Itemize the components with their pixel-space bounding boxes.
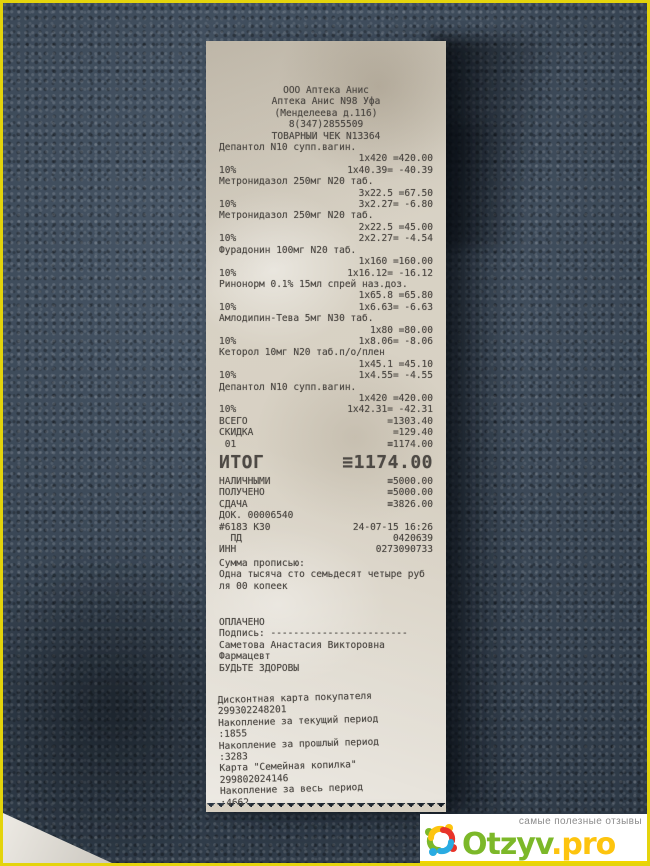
pharmacy-receipt: ООО Аптека АнисАптека Анис N98 Уфа(Менде…	[206, 41, 446, 803]
receipt-line: ОПЛАЧЕНО	[219, 617, 433, 628]
discount-percent: 10%	[219, 302, 236, 313]
row-value: 24-07-15 16:26	[353, 522, 433, 533]
receipt-header-line: (Менделеева д.116)	[219, 108, 433, 119]
item-qty-price: 1x160 =160.00	[219, 256, 433, 267]
discount-amount: 1x16.12= -16.12	[347, 268, 433, 279]
receipt-line: БУДЬТЕ ЗДОРОВЫ	[219, 663, 433, 674]
item-discount-row: 10%1x42.31= -42.31	[219, 404, 433, 415]
receipt-row: ВСЕГО=1303.40	[219, 416, 433, 427]
item-qty-price: 1x420 =420.00	[219, 153, 433, 164]
item-discount-row: 10%1x40.39= -40.39	[219, 165, 433, 176]
receipt-header-line: ООО Аптека Анис	[219, 85, 433, 96]
receipt-cast-shadow	[437, 123, 512, 813]
row-label: НАЛИЧНЫМИ	[219, 476, 270, 487]
item-qty-price: 1x65.8 =65.80	[219, 290, 433, 301]
item-name: Амлодипин-Тева 5мг N30 таб.	[219, 313, 433, 324]
receipt-row: ПД0420639	[219, 533, 433, 544]
item-qty-price: 1x80 =80.00	[219, 325, 433, 336]
receipt-payment: НАЛИЧНЫМИ≡5000.00ПОЛУЧЕНО≡5000.00СДАЧА≡3…	[219, 476, 433, 510]
receipt-items: Депантол N10 супп.вагин.1x420 =420.0010%…	[219, 142, 433, 416]
receipt-line: Сумма прописью:	[219, 558, 433, 569]
item-discount-row: 10%1x4.55= -4.55	[219, 370, 433, 381]
discount-percent: 10%	[219, 370, 236, 381]
row-value: =129.40	[393, 427, 433, 438]
discount-amount: 2x2.27= -4.54	[359, 233, 433, 244]
row-label: СКИДКА	[219, 427, 253, 438]
receipt-row: ИНН0273090733	[219, 544, 433, 555]
receipt-header-line: ТОВАРНЫЙ ЧЕК N13364	[219, 131, 433, 142]
receipt-line: Одна тысяча сто семьдесят четыре руб	[219, 569, 433, 580]
discount-amount: 1x42.31= -42.31	[347, 404, 433, 415]
brand-green-part: Otzyv	[462, 827, 551, 862]
photo-of-receipt-on-carpet: ООО Аптека АнисАптека Анис N98 Уфа(Менде…	[0, 0, 650, 866]
row-label: ДОК. 00006540	[219, 510, 293, 521]
receipt-row: #6183 К3024-07-15 16:26	[219, 522, 433, 533]
receipt-header-line: 8(347)2855509	[219, 119, 433, 130]
discount-percent: 10%	[219, 233, 236, 244]
receipt-line: ля 00 копеек	[219, 581, 433, 592]
receipt-line: Фармацевт	[219, 651, 433, 662]
discount-amount: 1x8.06= -8.06	[359, 336, 433, 347]
discount-amount: 3x2.27= -6.80	[359, 199, 433, 210]
receipt-header-line: Аптека Анис N98 Уфа	[219, 96, 433, 107]
row-label: ПОЛУЧЕНО	[219, 487, 265, 498]
loyalty-block: Дисконтная карта покупателя299302248201Н…	[217, 689, 434, 809]
item-name: Кеторол 10мг N20 таб.п/о/плен	[219, 347, 433, 358]
item-discount-row: 10%3x2.27= -6.80	[219, 199, 433, 210]
discount-amount: 1x6.63= -6.63	[359, 302, 433, 313]
row-label: СДАЧА	[219, 499, 248, 510]
item-discount-row: 10%1x16.12= -16.12	[219, 268, 433, 279]
row-label: 01	[219, 439, 236, 450]
grand-total-value: ≡1174.00	[342, 450, 433, 476]
row-value: 0273090733	[376, 544, 433, 555]
watermark-bar: самые полезные отзывы	[420, 814, 647, 863]
row-value: ≡5000.00	[387, 476, 433, 487]
discount-amount: 1x4.55= -4.55	[359, 370, 433, 381]
item-qty-price: 3x22.5 =67.50	[219, 188, 433, 199]
discount-percent: 10%	[219, 336, 236, 347]
receipt-header: ООО Аптека АнисАптека Анис N98 Уфа(Менде…	[219, 85, 433, 142]
receipt-row: СКИДКА=129.40	[219, 427, 433, 438]
amount-in-words: Сумма прописью:Одна тысяча сто семьдесят…	[219, 558, 433, 592]
grand-total-label: ИТОГ	[219, 450, 264, 476]
item-qty-price: 1x420 =420.00	[219, 393, 433, 404]
receipt-row: 01≡1174.00	[219, 439, 433, 450]
item-qty-price: 2x22.5 =45.00	[219, 222, 433, 233]
item-name: Метронидазол 250мг N20 таб.	[219, 210, 433, 221]
row-value: =1303.40	[387, 416, 433, 427]
receipt-line: Саметова Анастасия Викторовна	[219, 640, 433, 651]
receipt-row: ДОК. 00006540	[219, 510, 433, 521]
receipt-row: НАЛИЧНЫМИ≡5000.00	[219, 476, 433, 487]
item-name: Фурадонин 100мг N20 таб.	[219, 245, 433, 256]
grand-total-row: ИТОГ ≡1174.00	[219, 450, 433, 476]
item-qty-price: 1x45.1 =45.10	[219, 359, 433, 370]
row-value: ≡1174.00	[387, 439, 433, 450]
receipt-torn-edge	[206, 803, 446, 812]
receipt-line: Подпись: ------------------------	[219, 628, 433, 639]
discount-percent: 10%	[219, 199, 236, 210]
people-pinwheel-icon	[422, 819, 460, 859]
brand-logo-text: Otzyv.pro	[462, 830, 615, 860]
item-discount-row: 10%2x2.27= -4.54	[219, 233, 433, 244]
receipt-doc-rows: ДОК. 00006540#6183 К3024-07-15 16:26 ПД0…	[219, 510, 433, 556]
row-label: ВСЕГО	[219, 416, 248, 427]
item-discount-row: 10%1x6.63= -6.63	[219, 302, 433, 313]
row-label: #6183 К30	[219, 522, 270, 533]
row-value: ≡5000.00	[387, 487, 433, 498]
row-value: ≡3826.00	[387, 499, 433, 510]
receipt-footer: ОПЛАЧЕНОПодпись: -----------------------…	[219, 617, 433, 674]
discount-percent: 10%	[219, 268, 236, 279]
receipt-totals: ВСЕГО=1303.40СКИДКА=129.40 01≡1174.00	[219, 416, 433, 450]
receipt-row: СДАЧА≡3826.00	[219, 499, 433, 510]
receipt-row: ПОЛУЧЕНО≡5000.00	[219, 487, 433, 498]
discount-percent: 10%	[219, 404, 236, 415]
brand-orange-part: .pro	[551, 827, 615, 862]
watermark-tagline: самые полезные отзывы	[519, 816, 642, 827]
item-name: Депантол N10 супп.вагин.	[219, 142, 433, 153]
item-name: Ринонорм 0.1% 15мл спрей наз.доз.	[219, 279, 433, 290]
discount-amount: 1x40.39= -40.39	[347, 165, 433, 176]
row-value: 0420639	[393, 533, 433, 544]
row-label: ПД	[219, 533, 242, 544]
item-discount-row: 10%1x8.06= -8.06	[219, 336, 433, 347]
row-label: ИНН	[219, 544, 236, 555]
item-name: Метронидазол 250мг N20 таб.	[219, 176, 433, 187]
discount-percent: 10%	[219, 165, 236, 176]
item-name: Депантол N10 супп.вагин.	[219, 382, 433, 393]
